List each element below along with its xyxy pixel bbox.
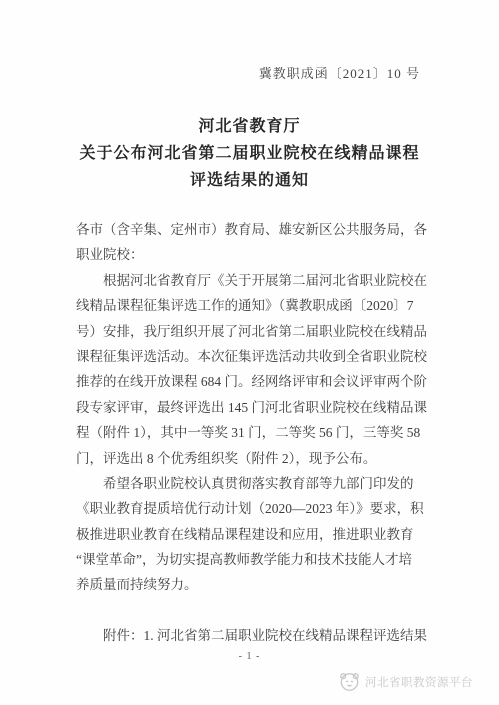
body-line: 根据河北省教育厅《关于开展第二届河北省职业院校在 xyxy=(76,268,428,293)
body-line: 段专家评审，最终评选出 145 门河北省职业院校在线精品课 xyxy=(76,395,428,420)
watermark: 河北省职教资源平台 xyxy=(338,670,473,693)
document-body: 各市（含辛集、定州市）教育局、雄安新区公共服务局，各 职业院校： 根据河北省教育… xyxy=(76,217,428,649)
body-line: 极推进职业教育在线精品课程建设和应用，推进职业教育 xyxy=(76,522,428,547)
title-line-2: 关于公布河北省第二届职业院校在线精品课程 xyxy=(0,140,499,167)
body-line: 号）安排，我厅组织开展了河北省第二届职业院校在线精品 xyxy=(76,319,428,344)
salutation-line: 职业院校： xyxy=(76,242,428,267)
body-line: 程（附件 1），其中一等奖 31 门，二等奖 56 门，三等奖 58 xyxy=(76,420,428,445)
body-line: “课堂革命”，为切实提高教师教学能力和技术技能人才培 xyxy=(76,547,428,572)
body-line: 《职业教育提质培优行动计划（2020—2023 年）》要求，积 xyxy=(76,496,428,521)
salutation-line: 各市（含辛集、定州市）教育局、雄安新区公共服务局，各 xyxy=(76,217,428,242)
watermark-label: 河北省职教资源平台 xyxy=(365,674,473,690)
doc-number: 冀教职成函〔2021〕10 号 xyxy=(0,63,420,82)
body-line: 线精品课程征集评选工作的通知》（冀教职成函〔2020〕7 xyxy=(76,293,428,318)
document-title: 河北省教育厅 关于公布河北省第二届职业院校在线精品课程 评选结果的通知 xyxy=(0,113,499,194)
title-line-1: 河北省教育厅 xyxy=(0,113,499,140)
document-page: 冀教职成函〔2021〕10 号 河北省教育厅 关于公布河北省第二届职业院校在线精… xyxy=(0,0,499,705)
attachment-line: 附件：1. 河北省第二届职业院校在线精品课程评选结果 xyxy=(76,623,428,648)
body-line: 希望各职业院校认真贯彻落实教育部等九部门印发的 xyxy=(76,471,428,496)
body-line: 推荐的在线开放课程 684 门。经网络评审和会议评审两个阶 xyxy=(76,369,428,394)
title-line-3: 评选结果的通知 xyxy=(0,167,499,194)
blank-line xyxy=(76,598,428,623)
mascot-logo-icon xyxy=(338,670,361,693)
body-line: 养质量而持续努力。 xyxy=(76,572,428,597)
page-number: - 1 - xyxy=(0,651,499,662)
body-line: 门，评选出 8 个优秀组织奖（附件 2），现予公布。 xyxy=(76,446,428,471)
body-line: 课程征集评选活动。本次征集评选活动共收到全省职业院校 xyxy=(76,344,428,369)
